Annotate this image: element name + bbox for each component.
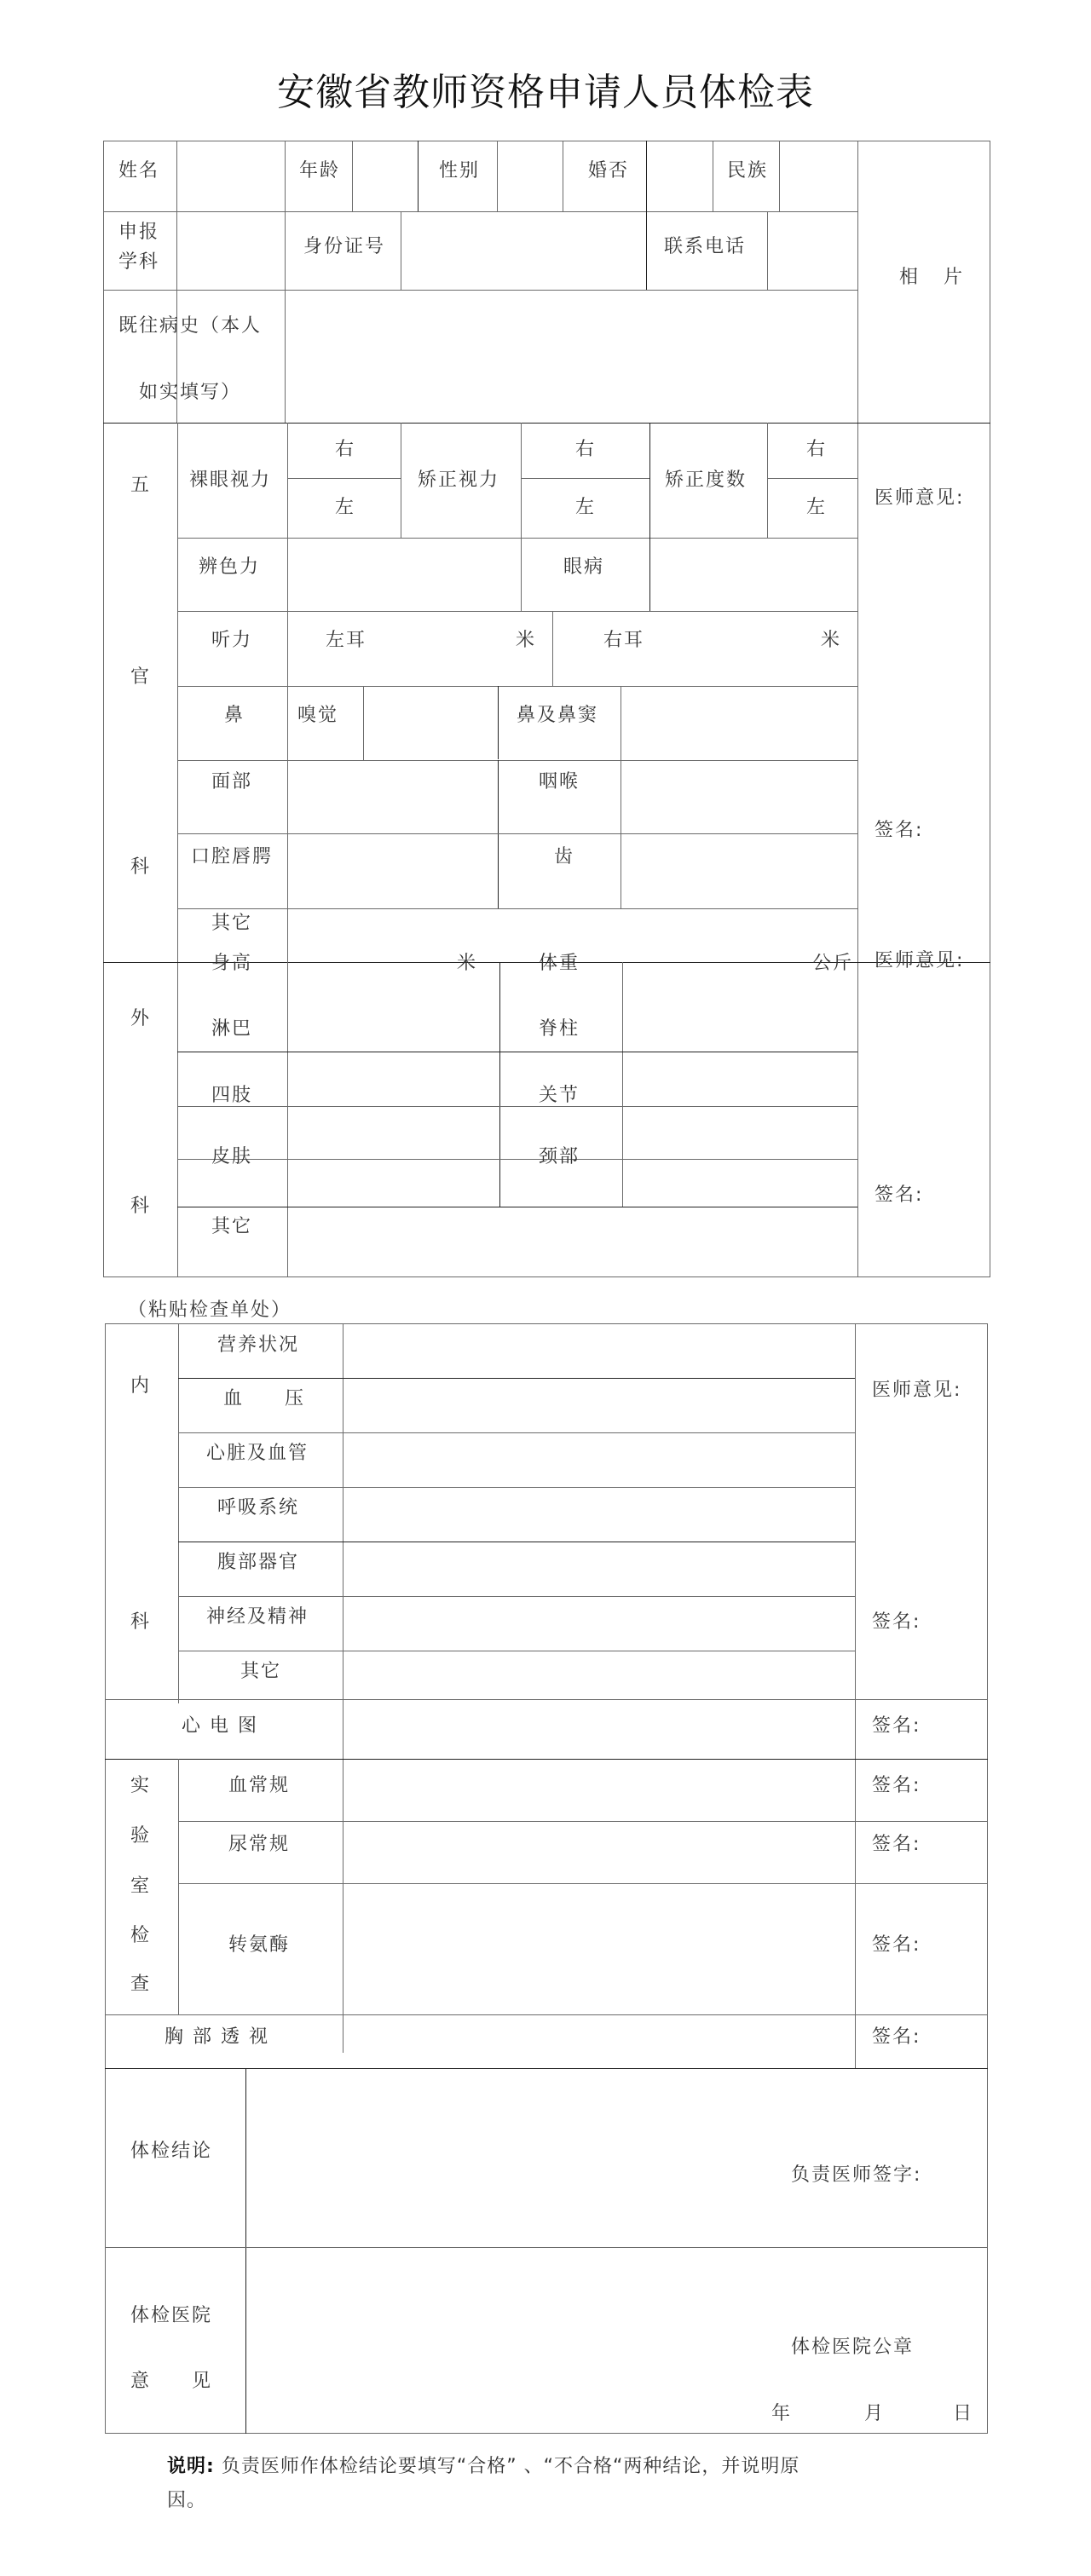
year-label: 年 bbox=[771, 2399, 792, 2425]
ent-section-char: 官 bbox=[130, 662, 151, 689]
surgery-doctor-opinion: 医师意见: bbox=[875, 946, 964, 972]
ecg-label: 心 电 图 bbox=[182, 1711, 258, 1738]
id-number-label: 身份证号 bbox=[303, 232, 385, 258]
ent-section-char: 科 bbox=[130, 852, 151, 879]
neuro-label: 神经及精神 bbox=[206, 1602, 309, 1628]
divider bbox=[287, 611, 288, 686]
nutrition-field[interactable] bbox=[345, 1326, 857, 1378]
corrected-vision-label: 矫正视力 bbox=[418, 465, 499, 492]
surgery-other-label: 其它 bbox=[211, 1212, 252, 1238]
divider bbox=[105, 2247, 988, 2248]
teeth-label: 齿 bbox=[554, 842, 574, 868]
divider bbox=[285, 290, 286, 423]
surgery-section-char: 外 bbox=[130, 1004, 151, 1030]
divider bbox=[622, 962, 623, 1207]
ent-other-label: 其它 bbox=[211, 908, 252, 935]
eye-disease-field[interactable] bbox=[652, 540, 859, 611]
divider bbox=[177, 760, 857, 761]
divider bbox=[177, 908, 857, 909]
neck-field[interactable] bbox=[625, 1161, 859, 1207]
day-label: 日 bbox=[953, 2399, 973, 2425]
abdominal-field[interactable] bbox=[345, 1544, 857, 1596]
limbs-label: 四肢 bbox=[211, 1081, 252, 1107]
divider bbox=[178, 1821, 988, 1822]
throat-label: 咽喉 bbox=[539, 767, 580, 793]
divider bbox=[105, 2068, 988, 2069]
medical-history-field[interactable] bbox=[287, 292, 859, 424]
divider bbox=[621, 760, 621, 909]
divider bbox=[103, 211, 857, 212]
divider bbox=[552, 611, 553, 686]
correction-degree-label: 矫正度数 bbox=[665, 465, 747, 492]
respiratory-field[interactable] bbox=[345, 1490, 857, 1542]
transaminase-label: 转氨酶 bbox=[228, 1930, 290, 1956]
lab-section-char: 检 bbox=[130, 1921, 151, 1947]
right-ear-label: 右耳 bbox=[603, 625, 644, 652]
hospital-opinion-field[interactable] bbox=[248, 2250, 990, 2338]
divider bbox=[521, 478, 649, 479]
divider bbox=[177, 686, 857, 687]
weight-unit: 公斤 bbox=[812, 948, 853, 975]
nose-label: 鼻 bbox=[224, 700, 245, 727]
urine-routine-label: 尿常规 bbox=[228, 1830, 290, 1856]
transaminase-signature: 签名: bbox=[872, 1930, 921, 1956]
blood-pressure-label: 血 压 bbox=[223, 1384, 305, 1410]
height-field[interactable] bbox=[290, 965, 455, 1052]
divider bbox=[178, 1759, 179, 2014]
divider bbox=[287, 478, 401, 479]
footnote: 说明: 负责医师作体检结论要填写“合格” 、“不合格“两种结论，并说明原 bbox=[167, 2452, 985, 2478]
right-ear-field[interactable] bbox=[648, 614, 817, 686]
subject-label-2: 学科 bbox=[118, 247, 159, 274]
divider bbox=[178, 1651, 855, 1651]
spine-label: 脊柱 bbox=[539, 1014, 580, 1040]
left-ear-label: 左耳 bbox=[326, 625, 367, 652]
internal-section-char: 科 bbox=[130, 1607, 151, 1634]
height-unit: 米 bbox=[457, 948, 477, 975]
photo-area[interactable] bbox=[859, 142, 989, 421]
surgery-opinion-field[interactable] bbox=[859, 976, 992, 1179]
age-field[interactable] bbox=[355, 143, 419, 211]
urine-routine-field[interactable] bbox=[345, 1824, 857, 1883]
divider bbox=[178, 1378, 855, 1379]
color-vision-field[interactable] bbox=[290, 540, 522, 611]
mouth-field[interactable] bbox=[290, 836, 499, 908]
divider bbox=[177, 611, 857, 612]
divider bbox=[178, 1883, 988, 1884]
sinus-label: 鼻及鼻窦 bbox=[517, 700, 598, 727]
right-ear-unit: 米 bbox=[821, 625, 841, 652]
sinus-field[interactable] bbox=[623, 689, 859, 760]
color-vision-label: 辨色力 bbox=[199, 552, 260, 579]
spine-field[interactable] bbox=[625, 1054, 859, 1106]
divider bbox=[177, 1052, 857, 1052]
divider bbox=[105, 2014, 988, 2015]
divider bbox=[245, 2068, 246, 2434]
divider bbox=[178, 1542, 855, 1542]
surgery-signature: 签名: bbox=[875, 1180, 923, 1207]
internal-opinion-field[interactable] bbox=[857, 1406, 989, 1601]
eye-disease-label: 眼病 bbox=[563, 552, 604, 579]
month-label: 月 bbox=[864, 2399, 885, 2425]
chest-xray-signature: 签名: bbox=[872, 2022, 921, 2049]
gender-field[interactable] bbox=[499, 143, 564, 211]
divider bbox=[767, 423, 768, 538]
lymph-label: 淋巴 bbox=[211, 1014, 252, 1040]
cardiovascular-field[interactable] bbox=[345, 1435, 857, 1487]
name-field[interactable] bbox=[179, 143, 286, 211]
face-label: 面部 bbox=[211, 767, 252, 793]
marital-label: 婚否 bbox=[588, 156, 629, 182]
lab-section-char: 验 bbox=[130, 1821, 151, 1847]
lymph-field[interactable] bbox=[290, 1054, 501, 1106]
divider bbox=[178, 1487, 855, 1488]
name-label: 姓名 bbox=[118, 156, 159, 182]
divider bbox=[177, 833, 857, 834]
hearing-label: 听力 bbox=[211, 625, 252, 652]
subject-field[interactable] bbox=[179, 214, 286, 289]
phone-field[interactable] bbox=[770, 214, 859, 289]
internal-section-char: 内 bbox=[130, 1371, 151, 1397]
internal-other-field[interactable] bbox=[345, 1653, 857, 1699]
divider bbox=[178, 1323, 179, 1703]
smell-field[interactable] bbox=[366, 689, 499, 760]
divider bbox=[105, 1699, 988, 1700]
respiratory-label: 呼吸系统 bbox=[217, 1493, 299, 1519]
blood-routine-label: 血常规 bbox=[228, 1771, 290, 1797]
divider bbox=[497, 141, 498, 211]
internal-signature: 签名: bbox=[872, 1607, 921, 1634]
teeth-field[interactable] bbox=[623, 836, 859, 908]
divider bbox=[767, 211, 768, 290]
ethnicity-field[interactable] bbox=[782, 143, 859, 211]
footnote-prefix: 说明: bbox=[167, 2456, 215, 2477]
hospital-seal-label: 体检医院公章 bbox=[791, 2332, 914, 2359]
divider bbox=[178, 1596, 855, 1597]
divider bbox=[177, 1207, 857, 1207]
ethnicity-label: 民族 bbox=[727, 156, 768, 182]
subject-label: 申报 bbox=[118, 217, 159, 244]
corrected-right-label: 右 bbox=[575, 435, 596, 461]
divider bbox=[177, 538, 857, 539]
degree-right-label: 右 bbox=[806, 435, 827, 461]
internal-other-label: 其它 bbox=[240, 1657, 281, 1683]
joints-label: 关节 bbox=[539, 1081, 580, 1107]
hospital-opinion-label-2: 意 见 bbox=[130, 2366, 212, 2393]
blood-routine-field[interactable] bbox=[345, 1761, 857, 1821]
ecg-signature: 签名: bbox=[872, 1711, 921, 1738]
lab-section-char: 查 bbox=[130, 1969, 151, 1996]
divider bbox=[178, 1432, 855, 1433]
throat-field[interactable] bbox=[623, 763, 859, 833]
hospital-opinion-label: 体检医院 bbox=[130, 2301, 212, 2327]
divider bbox=[401, 423, 401, 538]
divider bbox=[287, 962, 288, 1277]
divider bbox=[177, 423, 178, 1277]
divider bbox=[352, 141, 353, 211]
joints-field[interactable] bbox=[625, 1109, 859, 1159]
ent-signature: 签名: bbox=[875, 815, 923, 842]
neuro-field[interactable] bbox=[345, 1599, 857, 1651]
blood-pressure-field[interactable] bbox=[345, 1380, 857, 1432]
footnote-text: 负责医师作体检结论要填写“合格” 、“不合格“两种结论，并说明原 bbox=[222, 2456, 800, 2477]
height-label: 身高 bbox=[211, 948, 252, 975]
skin-field[interactable] bbox=[290, 1161, 501, 1207]
nutrition-label: 营养状况 bbox=[217, 1330, 299, 1357]
internal-doctor-opinion: 医师意见: bbox=[872, 1375, 961, 1402]
chest-xray-field[interactable] bbox=[345, 2017, 857, 2068]
footnote-line-2: 因。 bbox=[167, 2486, 206, 2512]
divider bbox=[767, 478, 857, 479]
blood-routine-signature: 签名: bbox=[872, 1771, 921, 1797]
ecg-field[interactable] bbox=[345, 1702, 857, 1759]
divider bbox=[287, 686, 288, 760]
naked-right-label: 右 bbox=[335, 435, 355, 461]
page-title: 安徽省教师资格申请人员体检表 bbox=[0, 61, 1091, 116]
divider bbox=[177, 1159, 857, 1160]
cardiovascular-label: 心脏及血管 bbox=[206, 1438, 309, 1465]
id-number-field[interactable] bbox=[403, 214, 648, 289]
degree-left-label: 左 bbox=[806, 493, 827, 519]
marital-field[interactable] bbox=[649, 143, 714, 211]
phone-label: 联系电话 bbox=[664, 232, 746, 258]
divider bbox=[779, 141, 780, 211]
ent-doctor-opinion: 医师意见: bbox=[875, 483, 964, 510]
smell-label: 嗅觉 bbox=[297, 700, 338, 727]
paste-note: （粘贴检查单处） bbox=[128, 1295, 292, 1322]
abdominal-label: 腹部器官 bbox=[217, 1547, 299, 1574]
chest-xray-label: 胸 部 透 视 bbox=[165, 2022, 269, 2049]
mouth-label: 口腔唇腭 bbox=[191, 842, 273, 868]
transaminase-field[interactable] bbox=[345, 1886, 857, 2014]
history-label: 既往病史（本人 bbox=[118, 311, 262, 337]
limbs-field[interactable] bbox=[290, 1109, 501, 1159]
naked-left-label: 左 bbox=[335, 493, 355, 519]
ent-opinion-field[interactable] bbox=[859, 511, 992, 813]
divider bbox=[105, 1759, 988, 1760]
surgery-other-field[interactable] bbox=[290, 1209, 859, 1277]
face-field[interactable] bbox=[290, 763, 499, 833]
lab-section-char: 室 bbox=[130, 1871, 151, 1898]
responsible-doctor-signature: 负责医师签字: bbox=[791, 2160, 921, 2187]
divider bbox=[287, 908, 288, 962]
left-ear-unit: 米 bbox=[516, 625, 536, 652]
corrected-left-label: 左 bbox=[575, 493, 596, 519]
divider bbox=[363, 686, 364, 760]
age-label: 年龄 bbox=[299, 156, 340, 182]
neck-label: 颈部 bbox=[539, 1142, 580, 1168]
naked-vision-label: 裸眼视力 bbox=[189, 465, 271, 492]
divider bbox=[177, 1106, 857, 1107]
skin-label: 皮肤 bbox=[211, 1142, 252, 1168]
left-ear-field[interactable] bbox=[375, 614, 506, 686]
divider bbox=[401, 211, 401, 290]
divider bbox=[621, 686, 621, 760]
history-label-2: 如实填写） bbox=[139, 377, 241, 404]
ent-section-char: 五 bbox=[130, 470, 151, 497]
weight-label: 体重 bbox=[539, 948, 580, 975]
weight-field[interactable] bbox=[625, 965, 807, 1052]
conclusion-label: 体检结论 bbox=[130, 2136, 212, 2163]
divider bbox=[287, 538, 288, 611]
surgery-section-char: 科 bbox=[130, 1191, 151, 1218]
lab-section-char: 实 bbox=[130, 1771, 151, 1797]
gender-label: 性别 bbox=[439, 156, 480, 182]
divider bbox=[287, 760, 288, 909]
urine-routine-signature: 签名: bbox=[872, 1830, 921, 1856]
divider bbox=[649, 538, 650, 611]
divider bbox=[103, 290, 857, 291]
